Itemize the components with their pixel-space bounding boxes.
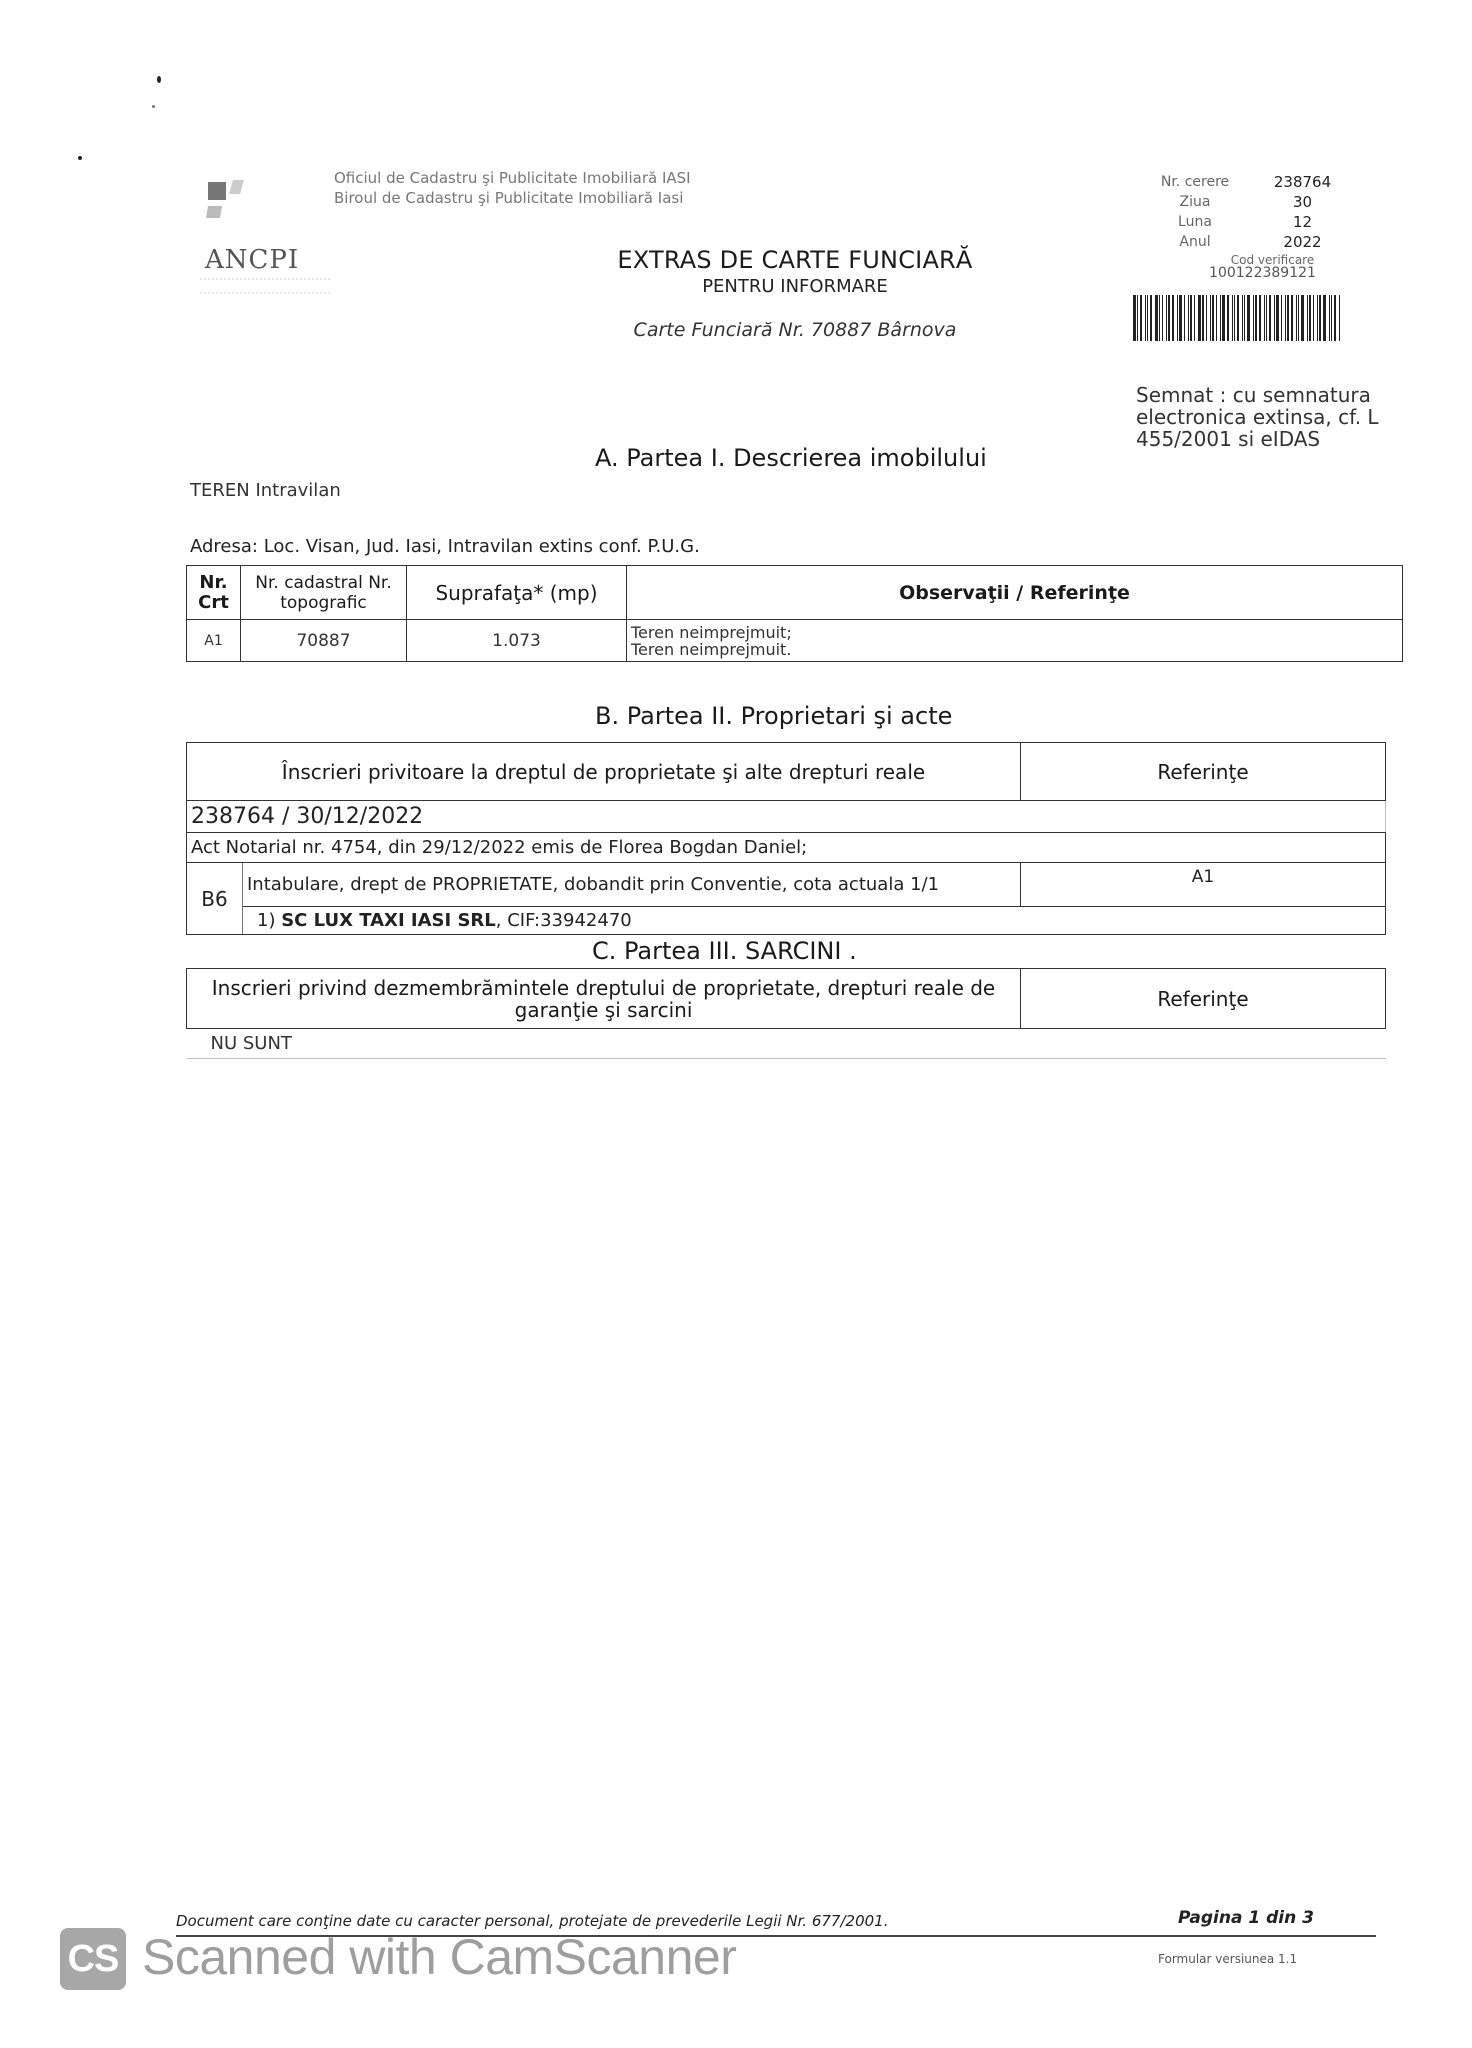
notarial-act: Act Notarial nr. 4754, din 29/12/2022 em…: [187, 833, 1386, 863]
owner-entry: 1) SC LUX TAXI IASI SRL, CIF:33942470: [243, 907, 1386, 935]
cell-nr-crt: A1: [187, 620, 241, 662]
scan-speck: [157, 76, 161, 83]
table-row: NU SUNT: [187, 1029, 1386, 1059]
cell-nr-cadastral: 70887: [241, 620, 407, 662]
observation-line: Teren neimprejmuit.: [631, 641, 1402, 658]
table-header-row: Înscrieri privitoare la dreptul de propr…: [187, 743, 1386, 801]
col-header-nr-cadastral: Nr. cadastral Nr. topografic: [241, 566, 407, 620]
table-header-row: Nr. Crt Nr. cadastral Nr. topografic Sup…: [187, 566, 1403, 620]
request-label: Luna: [1140, 214, 1250, 230]
document-title: EXTRAS DE CARTE FUNCIARĂ: [560, 246, 1030, 274]
request-row: Anul 2022: [1140, 232, 1355, 252]
signature-line: Semnat : cu semnatura: [1136, 384, 1379, 406]
owner-name: SC LUX TAXI IASI SRL: [281, 910, 496, 931]
col-header-suprafata: Suprafaţa* (mp): [407, 566, 627, 620]
table-header-row: Inscrieri privind dezmembrămintele drept…: [187, 969, 1386, 1029]
signature-line: 455/2001 si eIDAS: [1136, 428, 1379, 450]
ancpi-logo-mark: [205, 178, 255, 238]
ancpi-logo-text: ANCPI: [205, 245, 299, 275]
col-header-inscrieri: Înscrieri privitoare la dreptul de propr…: [187, 743, 1021, 801]
barcode: [1133, 295, 1375, 341]
document-subtitle: PENTRU INFORMARE: [560, 276, 1030, 297]
document-title-block: EXTRAS DE CARTE FUNCIARĂ PENTRU INFORMAR…: [560, 246, 1030, 341]
request-label: Ziua: [1140, 194, 1250, 210]
entry-code: B6: [187, 863, 243, 935]
scan-speck: [78, 156, 82, 160]
request-label: Anul: [1140, 234, 1250, 250]
request-row: Nr. cerere 238764: [1140, 172, 1355, 192]
property-address: Adresa: Loc. Visan, Jud. Iasi, Intravila…: [190, 536, 700, 557]
table-row: Act Notarial nr. 4754, din 29/12/2022 em…: [187, 833, 1386, 863]
property-description-table: Nr. Crt Nr. cadastral Nr. topografic Sup…: [186, 565, 1403, 662]
entry-reference: A1: [1021, 863, 1386, 907]
office-line: Biroul de Cadastru şi Publicitate Imobil…: [334, 188, 691, 208]
form-version: Formular versiunea 1.1: [1158, 1952, 1297, 1966]
property-type-main: TEREN: [190, 480, 250, 501]
section-b-title: B. Partea II. Proprietari şi acte: [595, 702, 952, 730]
observation-line: Teren neimprejmuit;: [631, 624, 1402, 641]
encumbrances-value: NU SUNT: [187, 1029, 1386, 1059]
scan-speck: [152, 105, 155, 108]
col-header-referinte: Referinţe: [1021, 743, 1386, 801]
request-value: 2022: [1250, 233, 1355, 251]
col-header-observatii: Observaţii / Referinţe: [627, 566, 1403, 620]
ancpi-logo-subtitle: [200, 278, 330, 294]
camscanner-watermark: Scanned with CamScanner: [142, 1928, 736, 1986]
owner-cif: , CIF:33942470: [496, 910, 632, 931]
page-number: Pagina 1 din 3: [1178, 1908, 1314, 1928]
table-row: 1) SC LUX TAXI IASI SRL, CIF:33942470: [187, 907, 1386, 935]
col-header-inscrieri-sarcini: Inscrieri privind dezmembrămintele drept…: [187, 969, 1021, 1029]
col-header-referinte: Referinţe: [1021, 969, 1386, 1029]
request-row: Ziua 30: [1140, 192, 1355, 212]
property-type-detail: Intravilan: [255, 480, 340, 501]
request-label: Nr. cerere: [1140, 174, 1250, 190]
cell-suprafata: 1.073: [407, 620, 627, 662]
owner-index: 1): [257, 910, 275, 931]
col-header-nr-crt: Nr. Crt: [187, 566, 241, 620]
section-c-title: C. Partea III. SARCINI .: [592, 937, 857, 965]
encumbrances-table: Inscrieri privind dezmembrămintele drept…: [186, 968, 1386, 1059]
inscription-number: 238764 / 30/12/2022: [187, 801, 1386, 833]
request-value: 238764: [1250, 173, 1355, 191]
request-value: 12: [1250, 213, 1355, 231]
verification-code: 100122389121: [1170, 266, 1355, 280]
section-a-title: A. Partea I. Descrierea imobilului: [595, 444, 987, 472]
camscanner-logo-icon: CS: [60, 1928, 126, 1990]
request-row: Luna 12: [1140, 212, 1355, 232]
table-row: B6 Intabulare, drept de PROPRIETATE, dob…: [187, 863, 1386, 907]
request-value: 30: [1250, 193, 1355, 211]
owners-table: Înscrieri privitoare la dreptul de propr…: [186, 742, 1386, 935]
request-info: Nr. cerere 238764 Ziua 30 Luna 12 Anul 2…: [1140, 172, 1355, 280]
signature-line: electronica extinsa, cf. L: [1136, 406, 1379, 428]
office-line: Oficiul de Cadastru şi Publicitate Imobi…: [334, 168, 691, 188]
table-row: 238764 / 30/12/2022: [187, 801, 1386, 833]
table-row: A1 70887 1.073 Teren neimprejmuit; Teren…: [187, 620, 1403, 662]
carte-funciara-number: Carte Funciară Nr. 70887 Bârnova: [560, 319, 1030, 341]
signature-note: Semnat : cu semnatura electronica extins…: [1136, 384, 1379, 450]
entry-description: Intabulare, drept de PROPRIETATE, doband…: [243, 863, 1021, 907]
office-header: Oficiul de Cadastru şi Publicitate Imobi…: [334, 168, 691, 208]
cell-observatii: Teren neimprejmuit; Teren neimprejmuit.: [627, 620, 1403, 662]
property-type: TEREN Intravilan: [190, 480, 341, 501]
